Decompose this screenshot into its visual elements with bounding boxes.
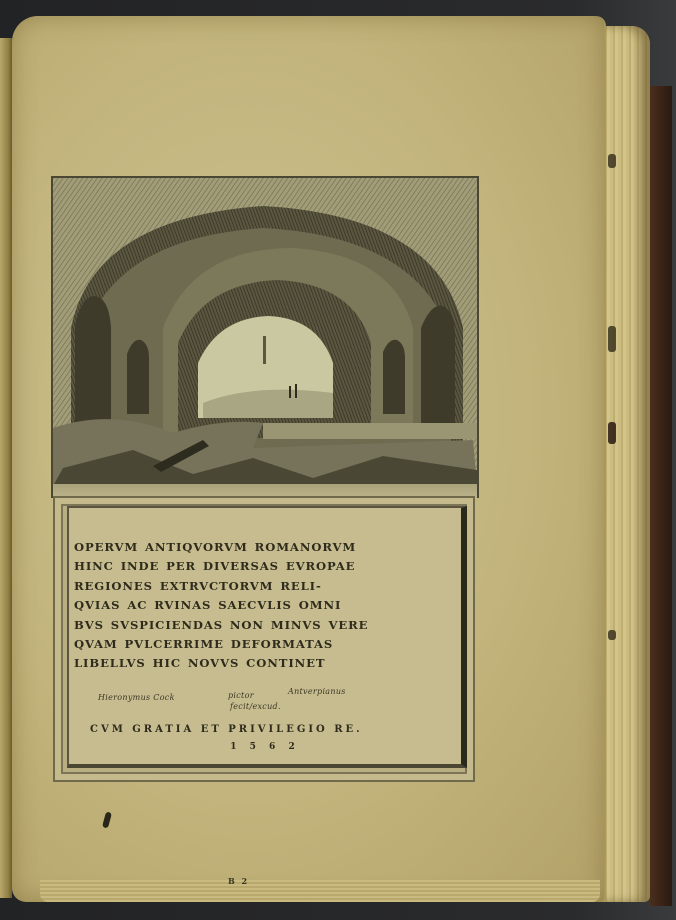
arch-illustration [53,178,477,486]
edge-stain [608,422,616,444]
arch-ruins-engraving [51,176,479,488]
annotation-verb: fecit/excud. [230,702,281,711]
annotation-place: Antverpianus [288,687,346,696]
title-line: QVAM PVLCERRIME DEFORMATAS [74,635,454,654]
leather-binding [650,86,672,906]
page-signature: B 2 [228,876,249,886]
engraver-annotation: Hieronymus Cock pictor Antverpianus feci… [98,693,438,715]
title-line: LIBELLVS HIC NOVVS CONTINET [74,654,454,673]
title-line: REGIONES EXTRVCTORVM RELI- [74,577,454,596]
left-page-edge [0,38,12,898]
annotation-role: pictor [228,691,254,700]
title-line: HINC INDE PER DIVERSAS EVROPAE [74,557,454,576]
title-line: QVIAS AC RVINAS SAECVLIS OMNI [74,596,454,615]
title-line: OPERVM ANTIQVORVM ROMANORVM [74,538,454,557]
edge-stain [608,326,616,352]
title-line: BVS SVSPICIENDAS NON MINVS VERE [74,616,454,635]
privilege-text: CVM GRATIA ET PRIVILEGIO RE. [90,724,440,735]
publication-date: 1 5 6 2 [225,742,305,752]
annotation-name: Hieronymus Cock [98,693,175,702]
page-stack-bottom [40,880,600,902]
latin-title-text: OPERVM ANTIQVORVM ROMANORVM HINC INDE PE… [74,538,454,674]
edge-stain [608,154,616,168]
edge-stain [608,630,616,640]
